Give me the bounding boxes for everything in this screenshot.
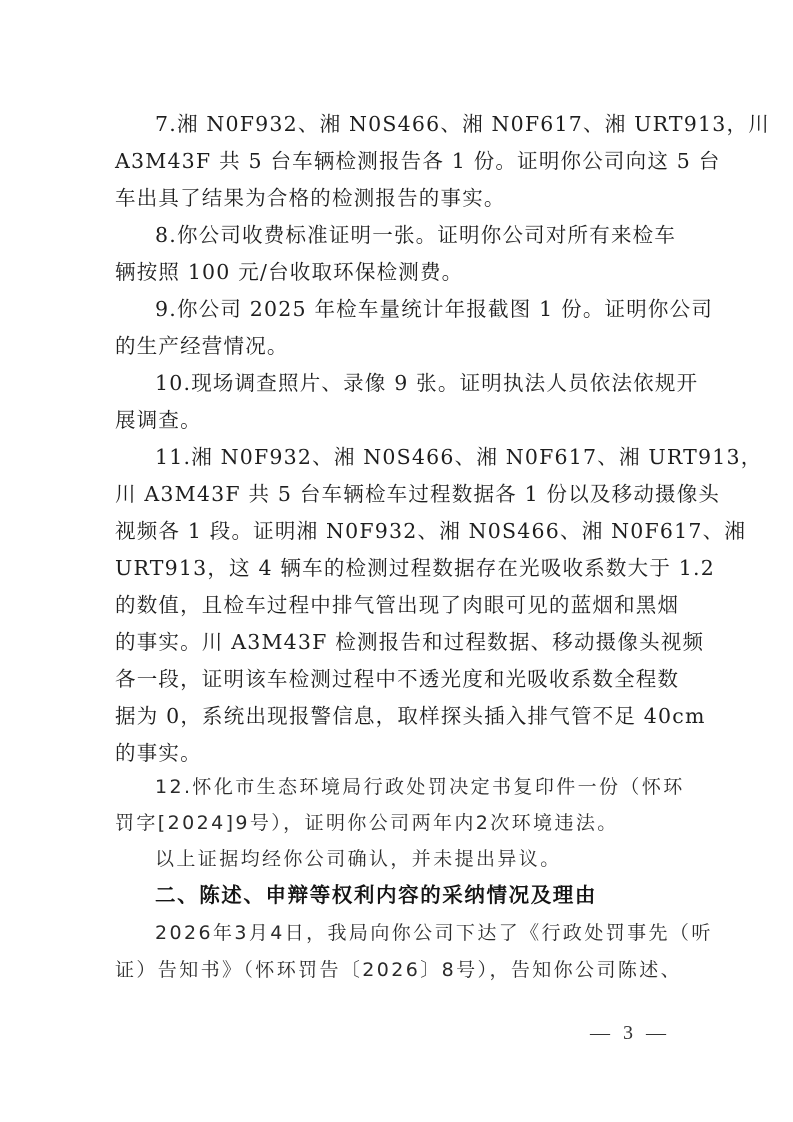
text-line: 视频各 1 段。证明湘 N0F932、湘 N0S466、湘 N0F617、湘 xyxy=(115,519,667,543)
text-line: 各一段，证明该车检测过程中不透光度和光吸收系数全程数 xyxy=(115,667,667,691)
text-line: 8.你公司收费标准证明一张。证明你公司对所有来检车 xyxy=(155,223,667,247)
text-line: 车出具了结果为合格的检测报告的事实。 xyxy=(115,186,667,210)
text-line: 7.湘 N0F932、湘 N0S466、湘 N0F617、湘 URT913，川 xyxy=(155,112,667,136)
text-line: 2026年3月4日，我局向你公司下达了《行政处罚事先（听 xyxy=(155,921,667,945)
text-line: 辆按照 100 元/台收取环保检测费。 xyxy=(115,260,667,284)
text-line: 的事实。 xyxy=(115,741,667,765)
text-line: URT913，这 4 辆车的检测过程数据存在光吸收系数大于 1.2 xyxy=(115,556,667,580)
text-line: 罚字[2024]9号），证明你公司两年内2次环境违法。 xyxy=(115,811,667,835)
text-line: 的事实。川 A3M43F 检测报告和过程数据、移动摄像头视频 xyxy=(115,630,667,654)
text-line: 据为 0，系统出现报警信息，取样探头插入排气管不足 40cm xyxy=(115,704,667,728)
text-line: 以上证据均经你公司确认，并未提出异议。 xyxy=(155,847,667,871)
page-number: — 3 — xyxy=(590,1022,670,1045)
text-line: 证）告知书》（怀环罚告〔2026〕8号），告知你公司陈述、 xyxy=(115,958,667,982)
text-line: 的生产经营情况。 xyxy=(115,334,667,358)
text-line: 川 A3M43F 共 5 台车辆检车过程数据各 1 份以及移动摄像头 xyxy=(115,482,667,506)
section-heading: 二、陈述、申辩等权利内容的采纳情况及理由 xyxy=(155,883,667,907)
text-line: 12.怀化市生态环境局行政处罚决定书复印件一份（怀环 xyxy=(155,775,667,799)
text-line: 9.你公司 2025 年检车量统计年报截图 1 份。证明你公司 xyxy=(155,297,667,321)
text-line: 展调查。 xyxy=(115,408,667,432)
document-page: 7.湘 N0F932、湘 N0S466、湘 N0F617、湘 URT913，川A… xyxy=(0,0,793,1122)
text-line: 的数值，且检车过程中排气管出现了肉眼可见的蓝烟和黑烟 xyxy=(115,593,667,617)
text-line: A3M43F 共 5 台车辆检测报告各 1 份。证明你公司向这 5 台 xyxy=(115,149,667,173)
text-line: 10.现场调查照片、录像 9 张。证明执法人员依法依规开 xyxy=(155,371,667,395)
text-line: 11.湘 N0F932、湘 N0S466、湘 N0F617、湘 URT913， xyxy=(155,445,667,469)
